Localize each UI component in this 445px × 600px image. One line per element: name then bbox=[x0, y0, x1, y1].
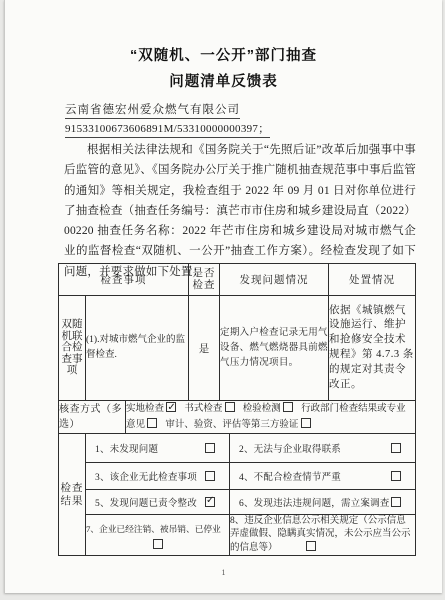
disposal-cell: 依据《城镇燃气设施运行、维护和抢修安全技术规程》第 4.7.3 条的规定对其责令… bbox=[329, 296, 416, 401]
checkbox-written-check bbox=[225, 402, 235, 412]
main-inspection-row: 双随机联合检查事项 (1).对城市燃气企业的监督检查. 是 定期入户检查记录无用… bbox=[59, 296, 416, 401]
method-option-written-check: 书式检查 bbox=[184, 404, 234, 414]
header-disposal: 处置情况 bbox=[329, 264, 416, 296]
result-item-3: 3、该企业无此检查事项 bbox=[86, 463, 230, 490]
results-row-1: 检查结果 1、未发现问题 2、无法与企业取得联系 bbox=[59, 434, 416, 463]
method-option-third-party: 审计、验资、评估等第三方验证 bbox=[165, 420, 310, 430]
checkbox-admin-result bbox=[147, 418, 157, 428]
header-inspection-item: 检查事项 bbox=[59, 264, 189, 296]
page-number: 1 bbox=[5, 568, 442, 577]
document-title-line2: 问题清单反馈表 bbox=[5, 70, 442, 91]
result-item-4: 4、不配合检查情节严重 bbox=[230, 463, 416, 490]
checkbox-result-1 bbox=[205, 443, 215, 453]
results-row-2: 3、该企业无此检查事项 4、不配合检查情节严重 bbox=[59, 463, 416, 490]
result-item-6: 6、发现违法违规问题，需立案调查 bbox=[230, 490, 416, 515]
result-item-2: 2、无法与企业取得联系 bbox=[230, 434, 416, 463]
category-vertical-label: 双随机联合检查事项 bbox=[59, 296, 86, 401]
checkbox-result-5 bbox=[205, 497, 215, 507]
scanned-document-page: “双随机、一公开”部门抽查 问题清单反馈表 云南省德宏州爱众燃气有限公司 915… bbox=[4, 0, 442, 593]
results-row-3: 5、发现问题已责令整改 6、发现违法违规问题，需立案调查 bbox=[59, 490, 416, 515]
intro-paragraph: 根据相关法律法规和《国务院关于“先照后证”改革后加强事中事后监管的意见》、《国务… bbox=[64, 140, 416, 282]
checkbox-third-party bbox=[301, 418, 311, 428]
is-checked-cell: 是 bbox=[189, 296, 220, 401]
header-is-checked: 是否检查 bbox=[189, 264, 220, 296]
header-problems-found: 发现问题情况 bbox=[220, 264, 329, 296]
document-title-line1: “双随机、一公开”部门抽查 bbox=[5, 44, 442, 65]
result-item-7: 7、企业已经注销、被吊销、已停业 bbox=[86, 515, 230, 556]
problem-found-cell: 定期入户检查记录无用气设备、燃气燃烧器具前燃气压力情况项目。 bbox=[220, 296, 329, 401]
checkbox-result-7 bbox=[153, 539, 163, 549]
inspection-item-cell: (1).对城市燃气企业的监督检查. bbox=[86, 296, 189, 401]
result-item-8: 8、违反企业信息公示相关规定（公示信息弄虚做假、隐瞒真实情况，未公示应当公示的信… bbox=[230, 515, 416, 556]
result-item-1: 1、未发现问题 bbox=[86, 434, 230, 463]
checkbox-result-2 bbox=[391, 443, 401, 453]
checkbox-result-3 bbox=[205, 471, 215, 481]
checkbox-field-check bbox=[166, 402, 176, 412]
checkbox-testing bbox=[283, 402, 293, 412]
method-option-testing: 检验检测 bbox=[243, 404, 293, 414]
check-methods-label: 核查方式（多选） bbox=[59, 401, 126, 434]
inspection-table: 检查事项 是否检查 发现问题情况 处置情况 双随机联合检查事项 (1).对城市燃… bbox=[58, 263, 416, 556]
check-methods-row: 核查方式（多选） 实地检查 书式检查 检验检测 行政部门检查结果或专业意见 审计… bbox=[59, 401, 416, 434]
results-vertical-label: 检查结果 bbox=[59, 434, 86, 556]
checkbox-result-4 bbox=[391, 471, 401, 481]
checkbox-result-6 bbox=[391, 497, 401, 507]
company-name: 云南省德宏州爱众燃气有限公司 bbox=[65, 101, 240, 119]
check-methods-options: 实地检查 书式检查 检验检测 行政部门检查结果或专业意见 审计、验资、评估等第三… bbox=[126, 401, 416, 434]
method-option-field-check: 实地检查 bbox=[126, 404, 176, 414]
credit-code: 91533100673606891M/53310000000397； bbox=[65, 120, 270, 138]
results-row-4: 7、企业已经注销、被吊销、已停业 8、违反企业信息公示相关规定（公示信息弄虚做假… bbox=[59, 515, 416, 556]
table-header-row: 检查事项 是否检查 发现问题情况 处置情况 bbox=[59, 264, 416, 296]
checkbox-result-8 bbox=[306, 541, 316, 551]
result-item-5: 5、发现问题已责令整改 bbox=[86, 490, 230, 515]
